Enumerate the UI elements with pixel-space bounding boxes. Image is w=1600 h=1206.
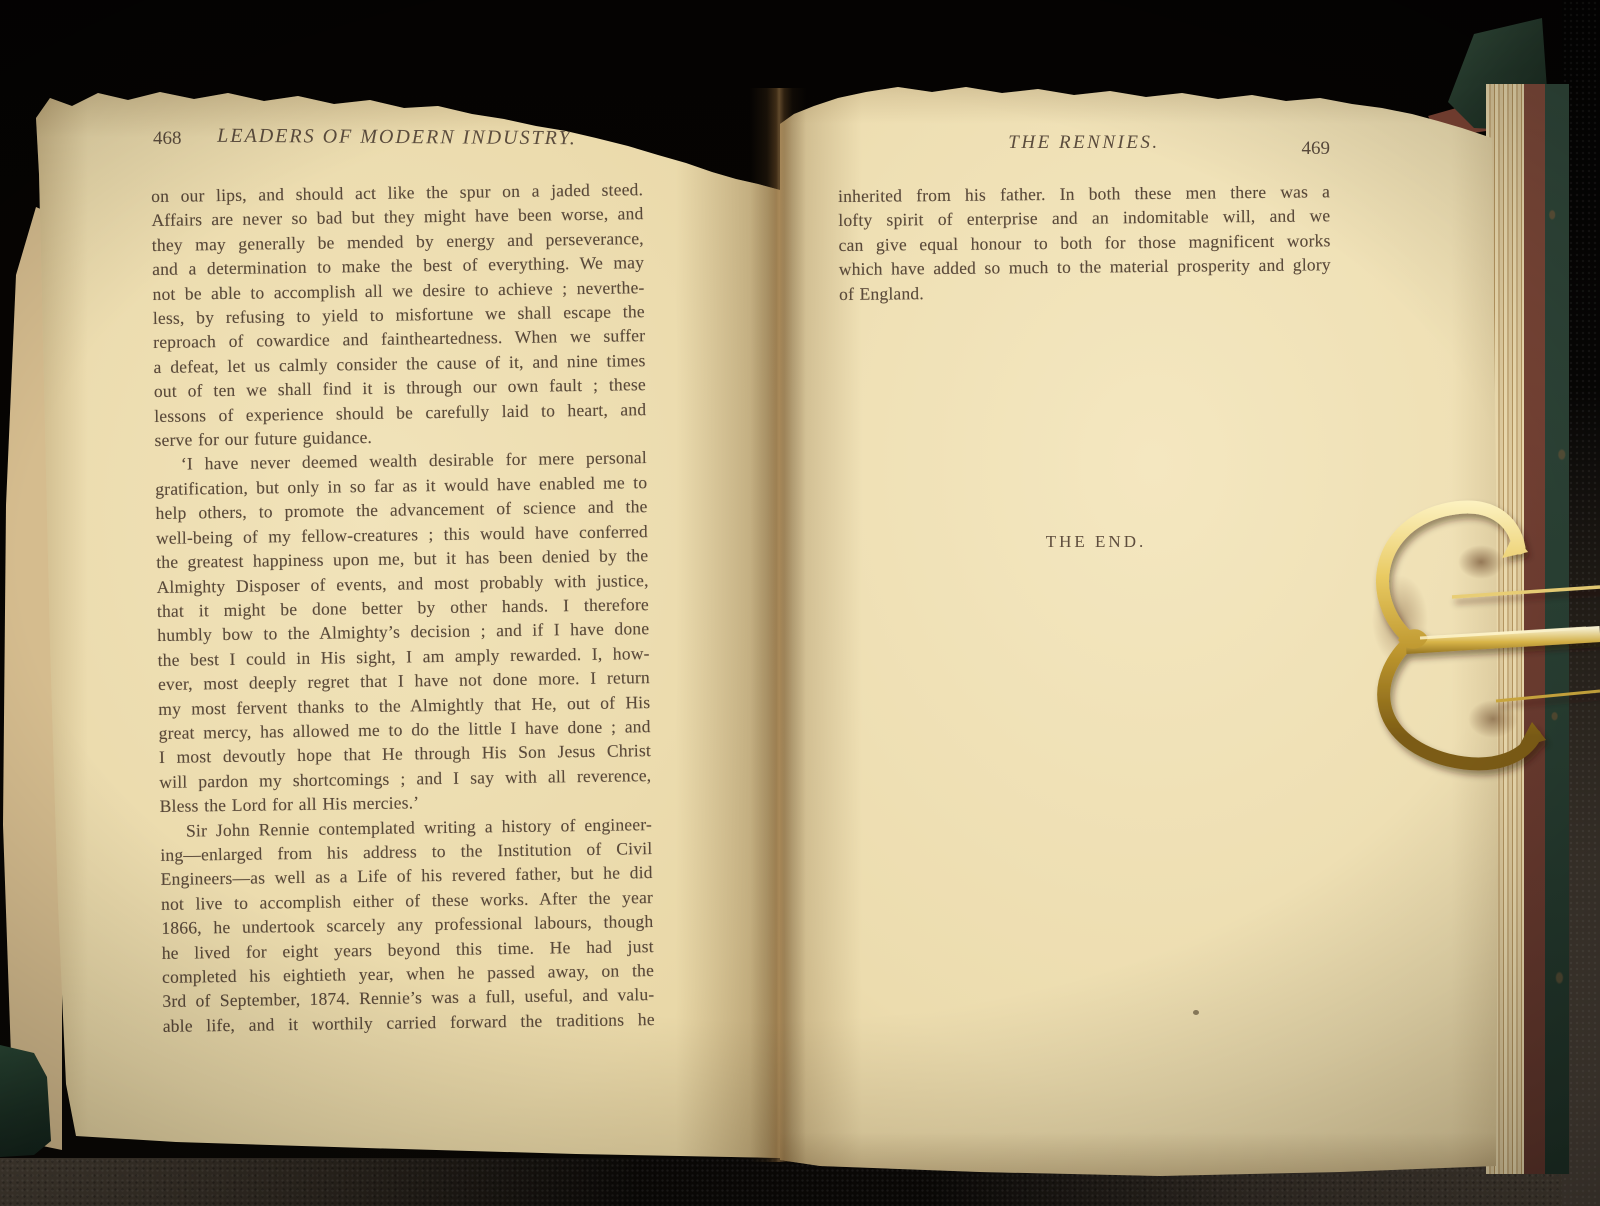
left-running-title: LEADERS OF MODERN INDUSTRY.: [151, 124, 643, 150]
text-line: of England.: [839, 277, 1331, 306]
left-page: 468 LEADERS OF MODERN INDUSTRY. on our l…: [36, 84, 780, 1158]
left-page-body: on our lips, and should act like the spu…: [151, 177, 655, 1038]
the-end-mark: THE END.: [850, 532, 1342, 552]
brass-wire-bottom: [1496, 691, 1600, 701]
text-line: which have added so much to the material…: [839, 252, 1331, 281]
book-gutter: [750, 88, 806, 1162]
right-page-number: 469: [1280, 138, 1330, 160]
page-speck: [1193, 1010, 1199, 1015]
right-running-title: THE RENNIES.: [838, 132, 1330, 154]
clasp-upper-prong: [1383, 507, 1519, 644]
right-page-body: inherited from his father. In both these…: [838, 179, 1331, 306]
brass-page-clasp: [1336, 468, 1600, 812]
open-book-photo: 468 LEADERS OF MODERN INDUSTRY. on our l…: [0, 0, 1600, 1206]
brass-wire-top: [1452, 587, 1600, 597]
